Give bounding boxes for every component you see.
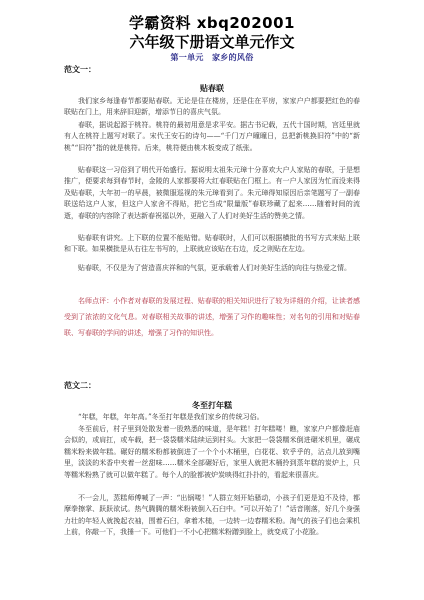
- essay-2-label: 范文二：: [64, 380, 96, 391]
- essay-2-title: 冬至打年糕: [0, 400, 424, 411]
- essay-1-paragraph: 春联，据说起源于桃符。桃符的最初用意是求平安。据古书记载，五代十国时期，宫廷里就…: [64, 120, 360, 154]
- brand-line: 学霸资料 xbq202001: [0, 12, 424, 33]
- essay-2-paragraph: 不一会儿，蒸糕师傅喊了一声：“出锅喽！”人群立刻开始骚动，小孩子们更是迫不及待，…: [64, 493, 360, 539]
- essay-2-paragraph: 冬至前后，村子里到处散发着一股熟悉的味道，是年糕！打年糕喽！瞧，家家户户都像赶庙…: [64, 424, 360, 481]
- essay-1-paragraph: 贴春联有讲究。上下联的位置不能贴错。贴春联时，人们可以根据横批的书写方式来贴上联…: [64, 233, 360, 256]
- essay-1-title: 贴春联: [0, 83, 424, 94]
- essay-1-paragraph: 贴春联，不仅是为了营造喜庆祥和的气氛，更承载着人们对美好生活的向往与热爱之情。: [64, 261, 360, 275]
- essay-1-paragraph: 我们家乡每逢春节都要贴春联。无论是住在楼房，还是住在平房，家家户户都要把红色的春…: [64, 96, 360, 119]
- essay-1-label: 范文一：: [64, 64, 96, 75]
- essay-2-paragraph: “年糕，年糕，年年高。”冬至打年糕是我们家乡的传统习俗。: [64, 412, 360, 423]
- unit-title: 第一单元 家乡的风俗: [0, 52, 424, 63]
- document-page: 学霸资料 xbq202001 六年级下册语文单元作文 第一单元 家乡的风俗 范文…: [0, 0, 424, 600]
- essay-1-paragraph: 贴春联这一习俗到了明代开始盛行。据说明太祖朱元璋十分喜欢大户人家贴的春联，于是想…: [64, 165, 360, 222]
- teacher-commentary: 名师点评：小作者对春联的发展过程、贴春联的相关知识进行了较为详细的介绍，让读者感…: [64, 293, 360, 341]
- document-title: 六年级下册语文单元作文: [0, 31, 424, 52]
